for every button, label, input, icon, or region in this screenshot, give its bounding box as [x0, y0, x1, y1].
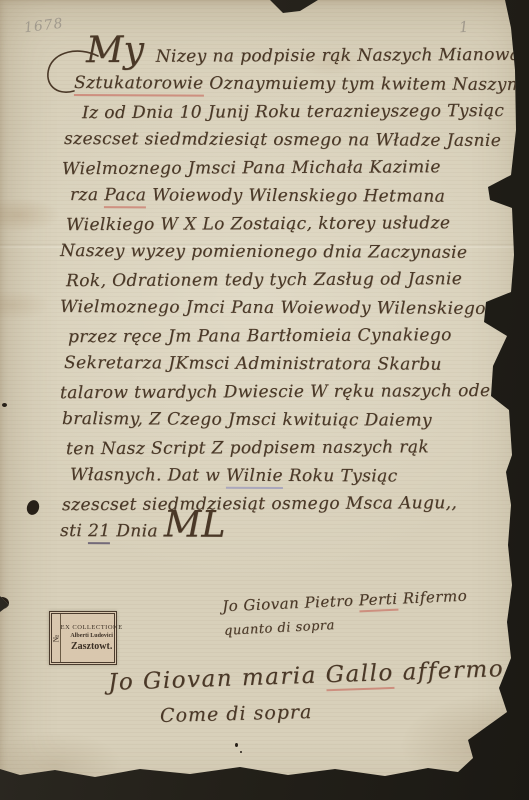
ink-blot-left-edge [0, 597, 9, 609]
manuscript-line: rza Paca Woiewody Wilenskiego Hetmana [70, 181, 516, 211]
text-segment: Roku Tysiąc [283, 466, 398, 487]
manuscript-line: Wielmoznego Jmsci Pana Michała Kazimie [62, 153, 516, 183]
manuscript-line: Wielmoznego Jmci Pana Woiewody Wilenskie… [60, 293, 516, 323]
stamp-number-label: № [52, 614, 61, 662]
text-segment: 21 [88, 521, 111, 544]
text-segment: Wilnie [226, 466, 283, 489]
ink-blot [25, 499, 41, 517]
manuscript-line: szescset siedmdziesiąt osmego na Władze … [64, 125, 516, 155]
text-segment: przez ręce Jm Pana Bartłomieia Cynakiego [68, 325, 452, 347]
manuscript-line: ten Nasz Script Z podpisem naszych rąk [66, 433, 516, 463]
text-segment: Sztukatorowie [74, 73, 204, 97]
text-segment: Wielmoznego Jmci Pana Woiewody Wilenskie… [60, 297, 486, 319]
stamp-number-glyph: № [51, 634, 60, 642]
text-segment: talarow twardych Dwiescie W ręku naszych… [60, 381, 491, 403]
photograph-background: 1678 1 My Nizey na podpisie rąk Naszych … [0, 0, 529, 800]
manuscript-line: Własnych. Dat w Wilnie Roku Tysiąc [70, 461, 516, 491]
manuscript-text-block: My Nizey na podpisie rąk Naszych Mianowa… [60, 42, 516, 546]
manuscript-line: Iz od Dnia 10 Junij Roku teraznieyszego … [82, 97, 516, 127]
pencil-year-annotation: 1678 [23, 16, 64, 37]
text-segment: ten Nasz Script Z podpisem naszych rąk [66, 437, 429, 459]
text-segment: Dnia [110, 521, 163, 541]
text-segment: Jo Giovan Pietro [222, 591, 359, 615]
manuscript-line: Sekretarza JKmsci Administratora Skarbu [64, 349, 516, 379]
text-segment: quanto di sopra [224, 618, 336, 639]
manuscript-line: sti 21 Dnia ML [60, 517, 516, 547]
text-segment: Własnych. Dat w [70, 465, 226, 486]
text-segment: Paca [104, 185, 146, 208]
stamp-line-ex-collectione: EX COLLECTIONE [61, 624, 123, 631]
text-segment: Rifermo [397, 587, 467, 608]
text-segment: Iz od Dnia 10 Junij Roku teraznieyszego … [82, 101, 504, 123]
text-segment: ML [164, 502, 226, 545]
text-segment: Nizey na podpisie rąk Naszych Mianowani [156, 45, 529, 67]
manuscript-line: Sztukatorowie Oznaymuiemy tym kwitem Nas… [74, 69, 516, 99]
text-segment: My [86, 28, 156, 71]
text-segment: Rok, Odrationem tedy tych Zasług od Jasn… [66, 269, 462, 291]
signature-perti-line1: Jo Giovan Pietro Perti Rifermo [222, 587, 468, 616]
manuscript-line: szescset siedmdziesiąt osmego Msca Augu,… [62, 489, 516, 519]
text-segment: Woiewody Wilenskiego Hetmana [146, 185, 445, 206]
text-segment: sti [60, 521, 88, 541]
paper-sheet: 1678 1 My Nizey na podpisie rąk Naszych … [0, 0, 529, 800]
text-segment: Wielkiego W X Lo Zostaiąc, ktorey usłudz… [66, 213, 450, 235]
text-segment: Sekretarza JKmsci Administratora Skarbu [64, 353, 442, 375]
text-segment: Jo Giovan maria [108, 662, 326, 696]
text-segment: Perti [358, 590, 398, 613]
manuscript-line: My Nizey na podpisie rąk Naszych Mianowa… [86, 41, 516, 71]
signature-gallo-line1: Jo Giovan maria Gallo affermo [108, 656, 505, 696]
stamp-line-alberti-ludovici: Alberti Ludovici [70, 633, 113, 639]
stamp-line-zasztowt: Zasztowt. [71, 641, 112, 652]
manuscript-line: talarow twardych Dwiescie W ręku naszych… [60, 377, 516, 407]
ink-speck [240, 751, 242, 753]
text-segment: szescset siedmdziesiąt osmego na Władze … [64, 129, 501, 151]
stamp-text: EX COLLECTIONE Alberti Ludovici Zasztowt… [61, 614, 123, 662]
ink-speck [235, 743, 238, 747]
text-segment: affermo [393, 656, 504, 686]
collection-stamp: № EX COLLECTIONE Alberti Ludovici Zaszto… [49, 611, 117, 665]
page-number-annotation: 1 [458, 18, 470, 37]
signature-gallo-line2: Come di sopra [160, 701, 313, 727]
text-segment: Gallo [325, 660, 394, 691]
text-segment: Oznaymuiemy tym kwitem Naszym [203, 74, 523, 95]
manuscript-line: Rok, Odrationem tedy tych Zasług od Jasn… [66, 265, 516, 295]
text-segment: Wielmoznego Jmsci Pana Michała Kazimie [62, 157, 441, 179]
signature-perti-line2: quanto di sopra [224, 618, 336, 639]
text-segment: rza [70, 185, 104, 205]
text-segment: Come di sopra [160, 701, 313, 727]
manuscript-line: Wielkiego W X Lo Zostaiąc, ktorey usłudz… [66, 209, 516, 239]
manuscript-line: Naszey wyzey pomienionego dnia Zaczynasi… [60, 237, 516, 267]
manuscript-line: bralismy, Z Czego Jmsci kwituiąc Daiemy [62, 405, 516, 435]
text-segment: bralismy, Z Czego Jmsci kwituiąc Daiemy [62, 409, 432, 431]
ink-speck [2, 403, 7, 407]
text-segment: Naszey wyzey pomienionego dnia Zaczynasi… [60, 241, 467, 263]
text-segment: szescset siedmdziesiąt osmego Msca Augu,… [62, 493, 457, 515]
collection-stamp-border: № EX COLLECTIONE Alberti Ludovici Zaszto… [51, 613, 115, 663]
manuscript-line: przez ręce Jm Pana Bartłomieia Cynakiego [68, 321, 516, 351]
